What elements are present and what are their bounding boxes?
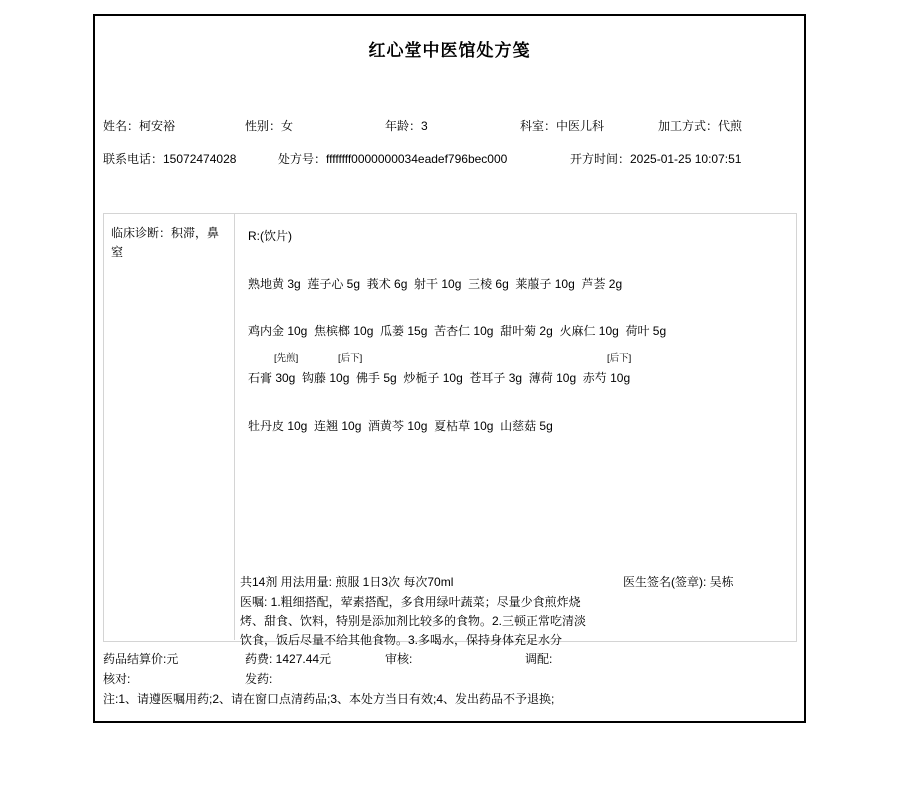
herb-line-2: 鸡内金 10g 焦槟榔 10g 瓜蒌 15g 苦杏仁 10g 甜叶菊 2g 火麻… xyxy=(248,322,666,339)
processing-method: 加工方式：代煎 xyxy=(658,118,742,134)
dispense-field: 发药: xyxy=(245,671,272,687)
doctor-signature: 医生签名(签章): 吴栋 xyxy=(623,574,734,590)
patient-name: 姓名：柯安裕 xyxy=(103,118,175,134)
medical-advice-line-2: 烤、甜食、饮料，特别是添加剂比较多的食物。2.三顿正常吃清淡 xyxy=(240,612,586,631)
label-houxia-1: [后下] xyxy=(338,350,362,364)
department: 科室：中医儿科 xyxy=(520,118,604,134)
check-field: 核对: xyxy=(103,671,130,687)
medicine-fee: 药费: 1427.44元 xyxy=(245,651,331,667)
diagnosis-column xyxy=(103,213,235,640)
page-title: 红心堂中医馆处方笺 xyxy=(93,36,806,61)
label-houxia-2: [后下] xyxy=(607,350,631,364)
review-field: 审核: xyxy=(385,651,412,667)
issue-time: 开方时间：2025-01-25 10:07:51 xyxy=(570,151,741,167)
herb-line-4: 牡丹皮 10g 连翘 10g 酒黄芩 10g 夏枯草 10g 山慈菇 5g xyxy=(248,417,553,434)
prescription-document: 红心堂中医馆处方笺 姓名：柯安裕 性别：女 年龄：3 科室：中医儿科 加工方式：… xyxy=(0,0,900,800)
settlement-price: 药品结算价:元 xyxy=(103,651,178,667)
usage-note: 注:1、请遵医嘱用药;2、请在窗口点清药品;3、本处方当日有效;4、发出药品不予… xyxy=(103,691,554,707)
herb-line-1: 熟地黄 3g 莲子心 5g 莪术 6g 射干 10g 三棱 6g 莱菔子 10g… xyxy=(248,275,622,292)
rx-header: R:(饮片) xyxy=(248,228,292,244)
dosage-instructions: 共14剂 用法用量: 煎服 1日3次 每次70ml xyxy=(240,574,453,590)
patient-age: 年龄：3 xyxy=(385,118,428,134)
label-xianjian: [先煎] xyxy=(274,350,298,364)
patient-gender: 性别：女 xyxy=(245,118,293,134)
rx-number: 处方号：ffffffff0000000034eadef796bec000 xyxy=(278,151,507,167)
medical-advice-line-1: 医嘱: 1.粗细搭配，荤素搭配，多食用绿叶蔬菜；尽量少食煎炸烧 xyxy=(240,593,581,612)
medical-advice-line-3: 饮食，饭后尽量不给其他食物。3.多喝水，保持身体充足水分 xyxy=(240,631,562,650)
contact-phone: 联系电话：15072474028 xyxy=(103,151,236,167)
compound-field: 调配: xyxy=(525,651,552,667)
clinical-diagnosis: 临床诊断：积滞，鼻窒 xyxy=(111,224,229,262)
herb-line-3: 石膏 30g 钩藤 10g 佛手 5g 炒栀子 10g 苍耳子 3g 薄荷 10… xyxy=(248,369,630,386)
